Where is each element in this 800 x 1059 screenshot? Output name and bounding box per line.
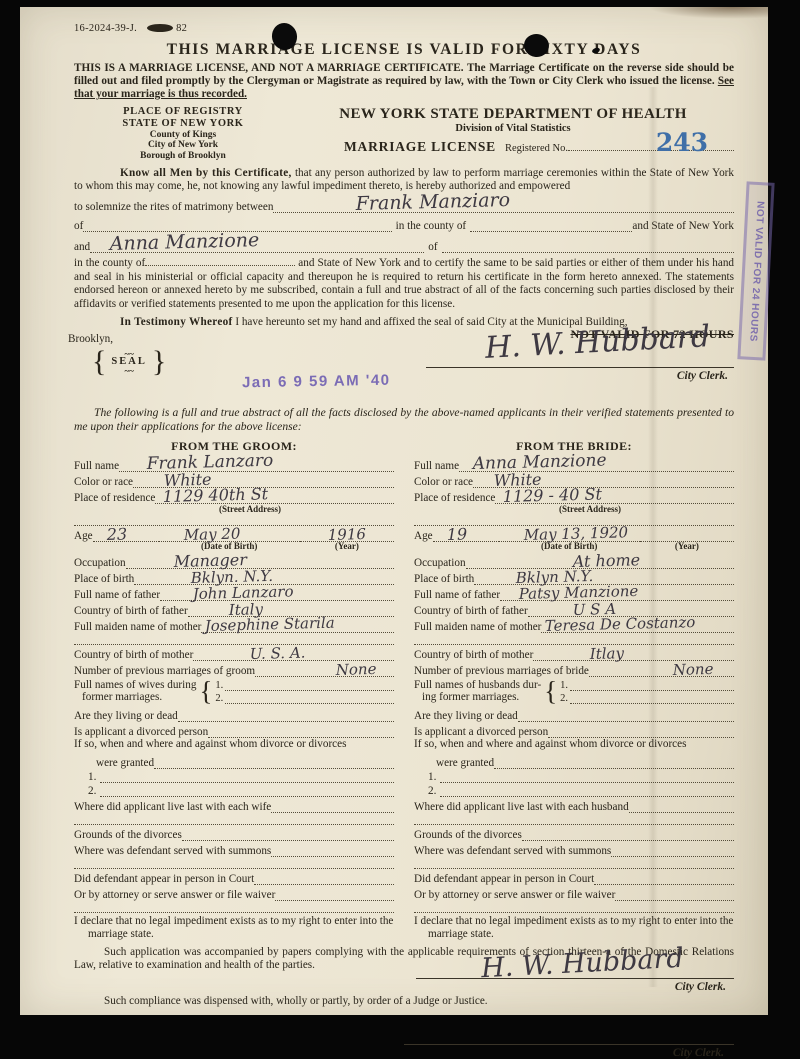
numbered-line: 1.: [74, 769, 394, 783]
field-label: Place of birth: [414, 573, 474, 585]
field-label: Or by attorney or serve answer or file w…: [74, 889, 275, 901]
field-label: Full name of father: [414, 589, 500, 601]
form-field-row: Where did applicant live last with each …: [74, 797, 394, 813]
field-label: Number of previous marriages of groom: [74, 665, 255, 677]
printers-union-mark-icon: [147, 24, 173, 32]
blank-line: [414, 912, 734, 913]
registry-line: City of New York: [74, 140, 292, 151]
line-number: 2.: [215, 693, 223, 704]
field-label: Did defendant appear in person in Court: [414, 873, 594, 885]
age-segment: 1916(Year): [300, 541, 394, 542]
compliance-statement: Such compliance was dispensed with, whol…: [74, 995, 734, 1007]
blank-line: [570, 703, 734, 704]
numbered-line: 2.: [414, 783, 734, 797]
registered-no-line: [568, 150, 734, 151]
field-label: Where was defendant served with summons: [414, 845, 611, 857]
field-label: Where did applicant live last with each …: [74, 801, 271, 813]
field-label: were granted: [74, 757, 154, 769]
solemnize-line: to solemnize the rites of matrimony betw…: [74, 194, 734, 213]
field-line: [548, 737, 734, 738]
age-segment: (Year): [640, 541, 734, 542]
line-number: 1.: [215, 680, 223, 691]
numbered-line: 1.: [560, 678, 734, 691]
field-label: Full maiden name of mother: [414, 621, 541, 633]
field-label: Country of birth of father: [74, 605, 188, 617]
form-field-row: Did defendant appear in person in Court: [74, 869, 394, 885]
form-field-row: OccupationAt home: [414, 553, 734, 569]
field-label: Are they living or dead: [74, 710, 178, 722]
certificate-opening: Know all Men by this Certificate, that a…: [74, 167, 734, 194]
age-field-row: Age19May 13, 1920(Date of Birth)(Year): [414, 526, 734, 542]
form-field-row: were granted: [74, 753, 394, 769]
ruled-gap-line: [74, 857, 394, 869]
field-label: Number of previous marriages of bride: [414, 665, 589, 677]
field-label: Full names of wives duringformer marriag…: [74, 679, 196, 704]
form-field-row: Country of birth of fatherItaly: [74, 601, 394, 617]
age-segment: 23: [93, 541, 159, 542]
form-field-row: Place of birthBklyn N.Y.: [414, 569, 734, 585]
handwritten-value: Teresa De Costanzo: [545, 613, 696, 635]
groom-rows: Full nameFrank LanzaroColor or raceWhite…: [74, 456, 394, 941]
blank-line: [442, 252, 734, 253]
form-field-row: Are they living or dead: [414, 706, 734, 722]
city-clerk-label: City Clerk.: [677, 370, 728, 382]
brace-label-line1: Full names of husbands dur-: [414, 679, 541, 691]
registered-number-stamp: 243: [656, 128, 708, 157]
form-field-row: Full nameAnna Manzione: [414, 456, 734, 472]
form-field-row: Or by attorney or serve answer or file w…: [74, 885, 394, 901]
field-label: If so, when and where and against whom d…: [414, 738, 734, 753]
age-field-row: Age23May 20(Date of Birth)1916(Year): [74, 526, 394, 542]
groom-name-line: Frank Manziaro: [273, 212, 734, 213]
brace-field-row: Full names of wives duringformer marriag…: [74, 677, 394, 706]
seal-core: ~~SEAL~~: [106, 351, 151, 374]
and-label: and: [74, 241, 90, 253]
field-label: Where was defendant served with summons: [74, 845, 271, 857]
bride-line: and Anna Manzione of: [74, 232, 734, 253]
declaration-text: I declare that no legal impediment exist…: [414, 915, 734, 941]
validity-banner: THIS MARRIAGE LICENSE IS VALID FOR SIXTY…: [74, 41, 734, 59]
handwritten-value: 1129 - 40 St: [502, 484, 602, 506]
field-sublabel: (Year): [675, 541, 699, 551]
brace-label-line2: ing former marriages.: [414, 691, 541, 703]
blank-line: [470, 231, 632, 232]
field-label: Occupation: [414, 557, 466, 569]
declaration-text: I declare that no legal impediment exist…: [74, 915, 394, 941]
form-field-row: Country of birth of motherU. S. A.: [74, 645, 394, 661]
numbered-line: 1.: [215, 678, 394, 691]
solemnize-label: to solemnize the rites of matrimony betw…: [74, 201, 273, 213]
numbered-line: 2.: [560, 691, 734, 704]
line-number: 1.: [414, 771, 436, 783]
form-field-row: Country of birth of motherItlay: [414, 645, 734, 661]
line-number: 2.: [74, 785, 96, 797]
county-label: in the county of: [74, 257, 145, 269]
field-label: Full maiden name of mother: [74, 621, 201, 633]
know-all-men-lead: Know all Men by this Certificate,: [120, 167, 292, 179]
seal-brace: {: [92, 347, 106, 377]
paper-edge-stain: [648, 7, 768, 19]
field-label: Age: [414, 530, 433, 542]
brace-glyph: {: [199, 678, 212, 705]
form-field-row: Place of residence1129 - 40 St(Street Ad…: [414, 488, 734, 504]
not-valid-24-side-stamp: NOT VALID FOR 24 HOURS: [737, 181, 774, 360]
field-line: None: [589, 676, 734, 677]
field-label: Occupation: [74, 557, 126, 569]
brace-glyph: {: [544, 678, 557, 705]
registry-line: Borough of Brooklyn: [74, 151, 292, 162]
field-sublabel: (Street Address): [559, 504, 621, 514]
registry-line: County of Kings: [74, 130, 292, 141]
field-label: Or by attorney or serve answer or file w…: [414, 889, 615, 901]
field-label: Place of residence: [74, 492, 155, 504]
registry-line: PLACE OF REGISTRY: [74, 106, 292, 118]
field-label: were granted: [414, 757, 494, 769]
license-label: MARRIAGE LICENSE: [344, 139, 496, 155]
field-label: Did defendant appear in person in Court: [74, 873, 254, 885]
handwritten-bride-name: Anna Manzione: [110, 229, 260, 255]
field-sublabel: (Date of Birth): [201, 541, 257, 551]
field-label: Country of birth of mother: [414, 649, 533, 661]
field-label: Full name of father: [74, 589, 160, 601]
form-number-text: 16-2024-39-J.: [74, 23, 137, 34]
handwritten-value: Josephine Starila: [205, 613, 335, 634]
field-line: None: [255, 676, 394, 677]
seal-emblem-icon: { ~~SEAL~~ }: [92, 347, 166, 377]
groom-column: FROM THE GROOM: Full nameFrank LanzaroCo…: [74, 439, 394, 941]
county-label: in the county of: [392, 220, 471, 232]
form-field-row: Full maiden name of motherJosephine Star…: [74, 617, 394, 633]
handwritten-value: 19: [447, 524, 468, 544]
print-code: 82: [176, 23, 187, 34]
age-segment: 19: [433, 541, 499, 542]
brace-label-line2: former marriages.: [74, 691, 196, 703]
brace-field-row: Full names of husbands dur-ing former ma…: [414, 677, 734, 706]
signature-rule: [426, 367, 734, 368]
form-field-row: were granted: [414, 753, 734, 769]
field-sublabel: (Street Address): [219, 504, 281, 514]
form-field-row: Are they living or dead: [74, 706, 394, 722]
date-stamp: Jan 6 9 59 AM '40: [242, 372, 391, 392]
form-field-row: Number of previous marriages of groomNon…: [74, 661, 394, 677]
numbered-line: 1.: [414, 769, 734, 783]
form-field-row: Or by attorney or serve answer or file w…: [414, 885, 734, 901]
field-label: Country of birth of father: [414, 605, 528, 617]
field-label: If so, when and where and against whom d…: [74, 738, 394, 753]
ruled-gap-line: [74, 901, 394, 913]
of-label: of: [424, 241, 441, 253]
bottom-section: Such application was accompanied by pape…: [74, 946, 734, 1030]
seal-flourish: ~~: [124, 368, 133, 374]
field-label: Where did applicant live last with each …: [414, 801, 629, 813]
age-segment: May 13, 1920(Date of Birth): [499, 541, 640, 542]
department-title: NEW YORK STATE DEPARTMENT OF HEALTH: [292, 106, 734, 123]
registry-line: STATE OF NEW YORK: [74, 118, 292, 130]
handwritten-value: None: [335, 660, 376, 679]
field-label: Is applicant a divorced person: [414, 726, 548, 738]
handwritten-value: None: [673, 660, 714, 679]
handwritten-value: 1129 40th St: [162, 484, 268, 506]
line-number: 1.: [560, 680, 568, 691]
form-field-row: Full name of fatherPatsy Manzione: [414, 585, 734, 601]
field-label: Grounds of the divorces: [414, 829, 522, 841]
ruled-gap-line: [414, 633, 734, 645]
department-block: NEW YORK STATE DEPARTMENT OF HEALTH Divi…: [292, 106, 734, 161]
form-field-row: Place of birthBklyn. N.Y.: [74, 569, 394, 585]
certification-paragraph: in the county of and State of New York a…: [74, 255, 734, 312]
blank-leader-line: [145, 255, 295, 266]
handwritten-value: 23: [107, 524, 128, 544]
ruled-gap-line: [414, 901, 734, 913]
line-number: 2.: [560, 693, 568, 704]
line-number: 2.: [414, 785, 436, 797]
ruled-gap-line: [414, 813, 734, 825]
city-clerk-label: City Clerk.: [675, 981, 726, 993]
county-line-1: of in the county of and State of New Yor…: [74, 213, 734, 232]
blank-line: [225, 703, 394, 704]
numbered-line: 2.: [74, 783, 394, 797]
marriage-license-document: 16-2024-39-J.82 THIS MARRIAGE LICENSE IS…: [20, 7, 768, 1015]
form-field-row: Did defendant appear in person in Court: [414, 869, 734, 885]
field-label: Place of residence: [414, 492, 495, 504]
ruled-gap-line: [74, 813, 394, 825]
license-notice: THIS IS A MARRIAGE LICENSE, AND NOT A MA…: [74, 62, 734, 101]
form-number: 16-2024-39-J.82: [74, 23, 734, 34]
form-field-row: Is applicant a divorced person: [74, 722, 394, 738]
field-label: Full name: [74, 460, 119, 472]
form-field-row: Where did applicant live last with each …: [414, 797, 734, 813]
field-label: Full name: [414, 460, 459, 472]
seal-brace: }: [152, 347, 166, 377]
bride-rows: Full nameAnna ManzioneColor or raceWhite…: [414, 456, 734, 941]
of-label: of: [74, 220, 83, 232]
handwritten-value: John Lanzaro: [192, 582, 293, 603]
form-field-row: Full maiden name of motherTeresa De Cost…: [414, 617, 734, 633]
form-field-row: Full name of fatherJohn Lanzaro: [74, 585, 394, 601]
field-line: [208, 737, 394, 738]
abstract-intro: The following is a full and true abstrac…: [74, 406, 734, 433]
field-label: Country of birth of mother: [74, 649, 193, 661]
handwritten-groom-name: Frank Manziaro: [356, 189, 511, 215]
in-testimony-lead: In Testimony Whereof: [120, 316, 233, 328]
numbered-line: 2.: [215, 691, 394, 704]
ruled-gap-line: [74, 633, 394, 645]
field-label: Age: [74, 530, 93, 542]
form-field-row: Grounds of the divorces: [74, 825, 394, 841]
signature-rule: [416, 978, 734, 979]
form-field-row: Where was defendant served with summons: [414, 841, 734, 857]
field-label: Grounds of the divorces: [74, 829, 182, 841]
form-field-row: Number of previous marriages of brideNon…: [414, 661, 734, 677]
wrapped-field-row: If so, when and where and against whom d…: [414, 738, 734, 769]
ruled-gap-line: [414, 857, 734, 869]
line-number: 1.: [74, 771, 96, 783]
form-field-row: Where was defendant served with summons: [74, 841, 394, 857]
field-sublabel: (Date of Birth): [541, 541, 597, 551]
field-label: Color or race: [74, 476, 133, 488]
field-label: Color or race: [414, 476, 473, 488]
brace-lines: 1.2.: [560, 678, 734, 704]
field-sublabel: (Year): [335, 541, 359, 551]
field-label: Is applicant a divorced person: [74, 726, 208, 738]
seal-and-signature-block: Brooklyn, NOT VALID FOR 72 HOURS H. W. H…: [74, 331, 734, 405]
place-of-registry-block: PLACE OF REGISTRY STATE OF NEW YORK Coun…: [74, 106, 292, 161]
blank-line: [74, 912, 394, 913]
registered-no-label: Registered No.: [505, 143, 568, 154]
bride-name-line: Anna Manzione: [90, 252, 424, 253]
bride-column: FROM THE BRIDE: Full nameAnna ManzioneCo…: [414, 439, 734, 941]
form-field-row: Grounds of the divorces: [414, 825, 734, 841]
form-field-row: OccupationManager: [74, 553, 394, 569]
handwritten-value: Patsy Manzione: [518, 581, 638, 602]
form-field-row: Is applicant a divorced person: [414, 722, 734, 738]
abstract-columns: FROM THE GROOM: Full nameFrank LanzaroCo…: [74, 439, 734, 941]
form-field-row: Place of residence1129 40th St(Street Ad…: [74, 488, 394, 504]
field-label: Full names of husbands dur-ing former ma…: [414, 679, 541, 704]
place-label: Brooklyn,: [68, 333, 113, 345]
form-field-row: Full nameFrank Lanzaro: [74, 456, 394, 472]
field-label: Place of birth: [74, 573, 134, 585]
brace-label-line1: Full names of wives during: [74, 679, 196, 691]
field-label: Are they living or dead: [414, 710, 518, 722]
header-row: PLACE OF REGISTRY STATE OF NEW YORK Coun…: [74, 106, 734, 161]
age-segment: May 20(Date of Birth): [159, 541, 300, 542]
brace-lines: 1.2.: [215, 678, 394, 704]
wrapped-field-row: If so, when and where and against whom d…: [74, 738, 394, 769]
notice-caps: THIS IS A MARRIAGE LICENSE, AND NOT A MA…: [74, 62, 464, 74]
